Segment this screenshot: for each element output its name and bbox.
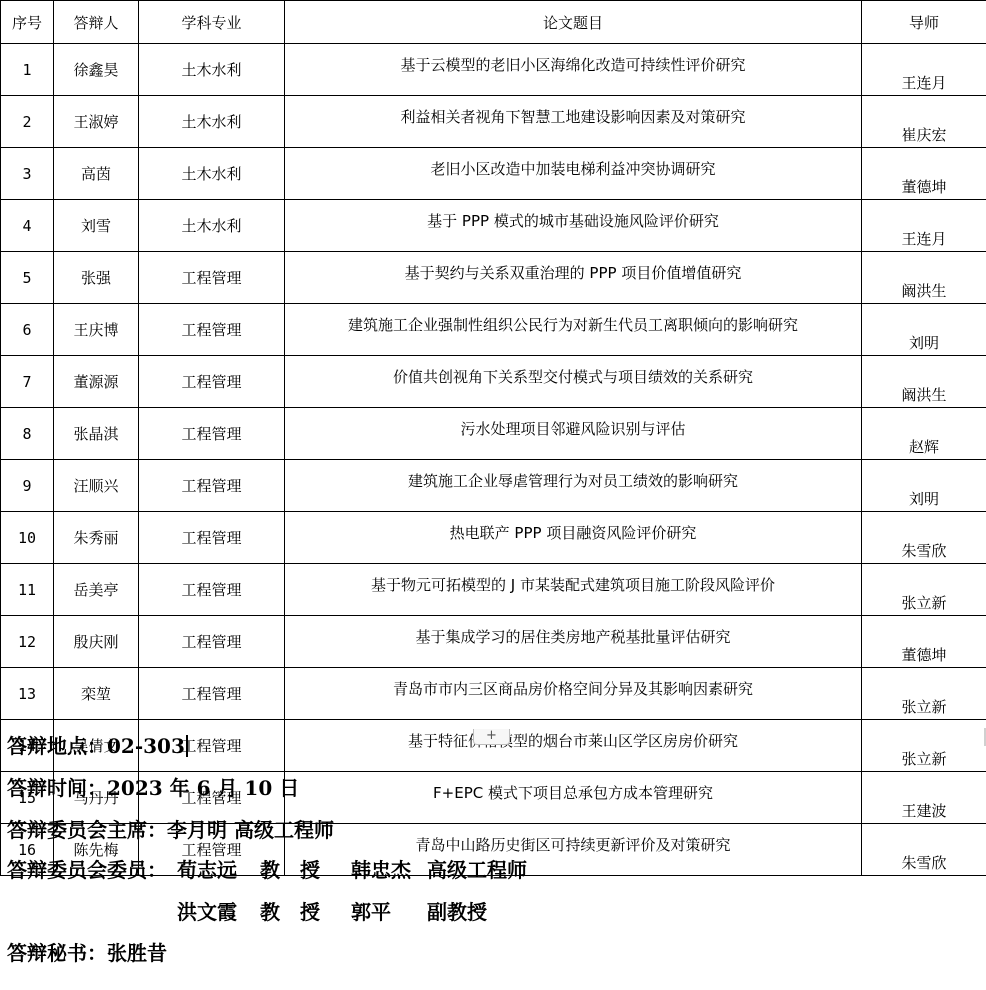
row-number[interactable]: 9 — [1, 460, 54, 512]
advisor-name[interactable]: 阚洪生 — [862, 356, 986, 408]
time-label: 答辩时间： — [7, 776, 107, 800]
advisor-name[interactable]: 崔庆宏 — [862, 96, 986, 148]
table-row: 4刘雪土木水利基于 PPP 模式的城市基础设施风险评价研究王连月 — [1, 200, 986, 252]
table-row: 13栾堃工程管理青岛市市内三区商品房价格空间分异及其影响因素研究张立新 — [1, 668, 986, 720]
defender-name[interactable]: 高茵 — [54, 148, 139, 200]
thesis-title[interactable]: 青岛市市内三区商品房价格空间分异及其影响因素研究 — [285, 668, 862, 720]
chair-title: 高级工程师 — [234, 818, 334, 842]
defender-name[interactable]: 岳美亭 — [54, 564, 139, 616]
members-line-2: 洪文霞教 授郭平副教授 — [7, 900, 487, 924]
location-value[interactable]: 02-303 — [107, 734, 185, 758]
row-number[interactable]: 5 — [1, 252, 54, 304]
header-major: 学科专业 — [139, 1, 285, 44]
advisor-name[interactable]: 刘明 — [862, 460, 986, 512]
row-number[interactable]: 11 — [1, 564, 54, 616]
major[interactable]: 工程管理 — [139, 356, 285, 408]
table-row: 5张强工程管理基于契约与关系双重治理的 PPP 项目价值增值研究阚洪生 — [1, 252, 986, 304]
row-number[interactable]: 10 — [1, 512, 54, 564]
secretary-line: 答辩秘书：张胜昔 — [7, 941, 167, 965]
table-header-row: 序号 答辩人 学科专业 论文题目 导师 — [1, 1, 986, 44]
table-row: 11岳美亭工程管理基于物元可拓模型的 J 市某装配式建筑项目施工阶段风险评价张立… — [1, 564, 986, 616]
table-row: 3高茵土木水利老旧小区改造中加装电梯利益冲突协调研究董德坤 — [1, 148, 986, 200]
chair-name: 李月明 — [167, 818, 227, 842]
table-row: 10朱秀丽工程管理热电联产 PPP 项目融资风险评价研究朱雪欣 — [1, 512, 986, 564]
row-number[interactable]: 13 — [1, 668, 54, 720]
secretary-label: 答辩秘书： — [7, 941, 107, 965]
major[interactable]: 工程管理 — [139, 460, 285, 512]
major[interactable]: 工程管理 — [139, 252, 285, 304]
advisor-name[interactable]: 张立新 — [862, 564, 986, 616]
major[interactable]: 土木水利 — [139, 200, 285, 252]
row-number[interactable]: 4 — [1, 200, 54, 252]
table-row: 9汪顺兴工程管理建筑施工企业辱虐管理行为对员工绩效的影响研究刘明 — [1, 460, 986, 512]
defender-name[interactable]: 朱秀丽 — [54, 512, 139, 564]
thesis-title[interactable]: 建筑施工企业强制性组织公民行为对新生代员工离职倾向的影响研究 — [285, 304, 862, 356]
member-title: 高级工程师 — [427, 858, 527, 882]
chair-line: 答辩委员会主席：李月明 高级工程师 — [7, 818, 334, 842]
major[interactable]: 土木水利 — [139, 44, 285, 96]
time-value: 2023 年 6 月 10 日 — [107, 776, 299, 800]
header-num: 序号 — [1, 1, 54, 44]
table-row: 8张晶淇工程管理污水处理项目邻避风险识别与评估赵辉 — [1, 408, 986, 460]
row-number[interactable]: 1 — [1, 44, 54, 96]
row-number[interactable]: 3 — [1, 148, 54, 200]
thesis-title[interactable]: 基于云模型的老旧小区海绵化改造可持续性评价研究 — [285, 44, 862, 96]
location-label: 答辩地点： — [7, 734, 107, 758]
thesis-title[interactable]: 价值共创视角下关系型交付模式与项目绩效的关系研究 — [285, 356, 862, 408]
add-row-button[interactable]: + — [473, 729, 510, 745]
defender-name[interactable]: 王庆博 — [54, 304, 139, 356]
defender-name[interactable]: 张强 — [54, 252, 139, 304]
header-title: 论文题目 — [285, 1, 862, 44]
advisor-name[interactable]: 董德坤 — [862, 616, 986, 668]
row-number[interactable]: 8 — [1, 408, 54, 460]
thesis-title[interactable]: 基于物元可拓模型的 J 市某装配式建筑项目施工阶段风险评价 — [285, 564, 862, 616]
defender-name[interactable]: 王淑婷 — [54, 96, 139, 148]
advisor-name[interactable]: 王连月 — [862, 200, 986, 252]
major[interactable]: 工程管理 — [139, 564, 285, 616]
row-number[interactable]: 7 — [1, 356, 54, 408]
advisor-name[interactable]: 阚洪生 — [862, 252, 986, 304]
major[interactable]: 工程管理 — [139, 668, 285, 720]
thesis-title[interactable]: 建筑施工企业辱虐管理行为对员工绩效的影响研究 — [285, 460, 862, 512]
defender-name[interactable]: 董源源 — [54, 356, 139, 408]
major[interactable]: 工程管理 — [139, 512, 285, 564]
row-number[interactable]: 2 — [1, 96, 54, 148]
table-row: 6王庆博工程管理建筑施工企业强制性组织公民行为对新生代员工离职倾向的影响研究刘明 — [1, 304, 986, 356]
major[interactable]: 工程管理 — [139, 408, 285, 460]
thesis-title[interactable]: 基于集成学习的居住类房地产税基批量评估研究 — [285, 616, 862, 668]
defender-name[interactable]: 栾堃 — [54, 668, 139, 720]
advisor-name[interactable]: 董德坤 — [862, 148, 986, 200]
advisor-name[interactable]: 朱雪欣 — [862, 512, 986, 564]
member-name: 洪文霞 — [177, 900, 260, 924]
thesis-title[interactable]: 污水处理项目邻避风险识别与评估 — [285, 408, 862, 460]
major[interactable]: 土木水利 — [139, 148, 285, 200]
thesis-title[interactable]: 老旧小区改造中加装电梯利益冲突协调研究 — [285, 148, 862, 200]
member-name: 荀志远 — [177, 858, 260, 882]
thesis-title[interactable]: 利益相关者视角下智慧工地建设影响因素及对策研究 — [285, 96, 862, 148]
thesis-title[interactable]: 基于特征价格模型的烟台市莱山区学区房房价研究 — [285, 720, 862, 772]
thesis-title[interactable]: 基于 PPP 模式的城市基础设施风险评价研究 — [285, 200, 862, 252]
header-advisor: 导师 — [862, 1, 986, 44]
member-title: 副教授 — [427, 900, 487, 924]
table-row: 7董源源工程管理价值共创视角下关系型交付模式与项目绩效的关系研究阚洪生 — [1, 356, 986, 408]
advisor-name[interactable]: 朱雪欣 — [862, 824, 986, 876]
major[interactable]: 工程管理 — [139, 616, 285, 668]
table-row: 12殷庆刚工程管理基于集成学习的居住类房地产税基批量评估研究董德坤 — [1, 616, 986, 668]
defender-name[interactable]: 殷庆刚 — [54, 616, 139, 668]
advisor-name[interactable]: 刘明 — [862, 304, 986, 356]
members-line-1: 答辩委员会委员：荀志远教 授韩忠杰高级工程师 — [7, 858, 527, 882]
location-line: 答辩地点：02-303 — [7, 734, 188, 758]
secretary-name: 张胜昔 — [107, 941, 167, 965]
time-line: 答辩时间：2023 年 6 月 10 日 — [7, 776, 299, 800]
chair-label: 答辩委员会主席： — [7, 818, 167, 842]
header-defender: 答辩人 — [54, 1, 139, 44]
member-name: 郭平 — [351, 900, 427, 924]
table-row: 2王淑婷土木水利利益相关者视角下智慧工地建设影响因素及对策研究崔庆宏 — [1, 96, 986, 148]
members-label: 答辩委员会委员： — [7, 858, 177, 882]
member-name: 韩忠杰 — [351, 858, 427, 882]
defender-name[interactable]: 刘雪 — [54, 200, 139, 252]
thesis-title[interactable]: F+EPC 模式下项目总承包方成本管理研究 — [285, 772, 862, 824]
advisor-name[interactable]: 王连月 — [862, 44, 986, 96]
row-number[interactable]: 12 — [1, 616, 54, 668]
advisor-name[interactable]: 王建波 — [862, 772, 986, 824]
row-number[interactable]: 6 — [1, 304, 54, 356]
advisor-name[interactable]: 赵辉 — [862, 408, 986, 460]
advisor-name[interactable]: 张立新 — [862, 668, 986, 720]
member-title: 教 授 — [260, 858, 351, 882]
text-cursor — [186, 735, 188, 757]
thesis-title[interactable]: 基于契约与关系双重治理的 PPP 项目价值增值研究 — [285, 252, 862, 304]
table-row: 1徐鑫昊土木水利基于云模型的老旧小区海绵化改造可持续性评价研究王连月 — [1, 44, 986, 96]
member-title: 教 授 — [260, 900, 351, 924]
defender-name[interactable]: 徐鑫昊 — [54, 44, 139, 96]
major[interactable]: 工程管理 — [139, 304, 285, 356]
advisor-name[interactable]: 张立新 — [862, 720, 986, 772]
major[interactable]: 土木水利 — [139, 96, 285, 148]
defender-name[interactable]: 汪顺兴 — [54, 460, 139, 512]
defender-name[interactable]: 张晶淇 — [54, 408, 139, 460]
thesis-title[interactable]: 热电联产 PPP 项目融资风险评价研究 — [285, 512, 862, 564]
